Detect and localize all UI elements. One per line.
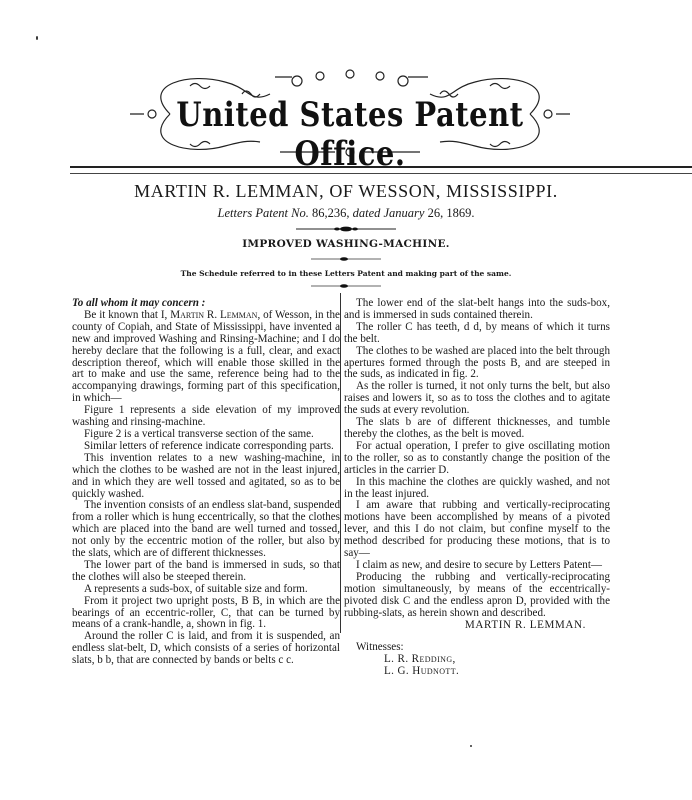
paragraph: Similar letters of reference indicate co… xyxy=(72,441,340,453)
ornamental-rule-icon xyxy=(311,256,381,262)
dated-label: dated January xyxy=(353,206,425,220)
paragraph: The invention consists of an endless sla… xyxy=(72,500,340,560)
column-divider xyxy=(340,293,341,633)
paragraph: The clothes to be washed are placed into… xyxy=(344,346,610,382)
paragraph: The slats b are of different thicknesses… xyxy=(344,417,610,441)
header-double-rule xyxy=(70,166,692,174)
paragraph: I am aware that rubbing and vertically-r… xyxy=(344,500,610,560)
scan-speck xyxy=(36,36,38,40)
right-column: The lower end of the slat-belt hangs int… xyxy=(344,298,610,678)
paragraph: From it project two upright posts, B B, … xyxy=(72,596,340,632)
paragraph: As the roller is turned, it not only tur… xyxy=(344,381,610,417)
patent-number-line: Letters Patent No. 86,236, dated January… xyxy=(0,206,692,221)
masthead-title: United States Patent Office. xyxy=(130,95,570,173)
patent-page: United States Patent Office. MARTIN R. L… xyxy=(0,0,692,800)
paragraph: The lower part of the band is immersed i… xyxy=(72,560,340,584)
left-column: To all whom it may concern : Be it known… xyxy=(72,298,340,667)
inventor-signature: MARTIN R. LEMMAN. xyxy=(344,620,610,632)
patent-date: 26, 1869. xyxy=(428,206,475,220)
scan-speck xyxy=(470,745,472,747)
claim-paragraph: Producing the rubbing and vertically-rec… xyxy=(344,572,610,620)
invention-title: IMPROVED WASHING-MACHINE. xyxy=(0,238,692,250)
paragraph: In this machine the clothes are quickly … xyxy=(344,477,610,501)
paragraph: Be it known that I, Martin R. Lemman, of… xyxy=(72,310,340,405)
paragraph: The roller C has teeth, d d, by means of… xyxy=(344,322,610,346)
paragraph: Around the roller C is laid, and from it… xyxy=(72,631,340,667)
witness-name: L. G. Hudnott. xyxy=(344,666,610,678)
text-run: Be it known that I, xyxy=(84,309,170,321)
inventor-line: MARTIN R. LEMMAN, OF WESSON, MISSISSIPPI… xyxy=(0,181,692,202)
paragraph: Figure 1 represents a side elevation of … xyxy=(72,405,340,429)
ornamental-rule-icon xyxy=(296,226,396,232)
paragraph: This invention relates to a new washing-… xyxy=(72,453,340,501)
patent-prefix: Letters Patent No. xyxy=(218,206,309,220)
masthead: United States Patent Office. xyxy=(130,64,570,164)
paragraph: The lower end of the slat-belt hangs int… xyxy=(344,298,610,322)
ornamental-rule-icon xyxy=(311,283,381,289)
paragraph: A represents a suds-box, of suitable siz… xyxy=(72,584,340,596)
schedule-note: The Schedule referred to in these Letter… xyxy=(0,269,692,278)
text-run: , of Wesson, in the county of Copiah, an… xyxy=(72,309,340,404)
patent-number: 86,236, xyxy=(312,206,350,220)
paragraph: For actual operation, I prefer to give o… xyxy=(344,441,610,477)
inventor-name: Martin R. Lemman xyxy=(170,309,257,321)
